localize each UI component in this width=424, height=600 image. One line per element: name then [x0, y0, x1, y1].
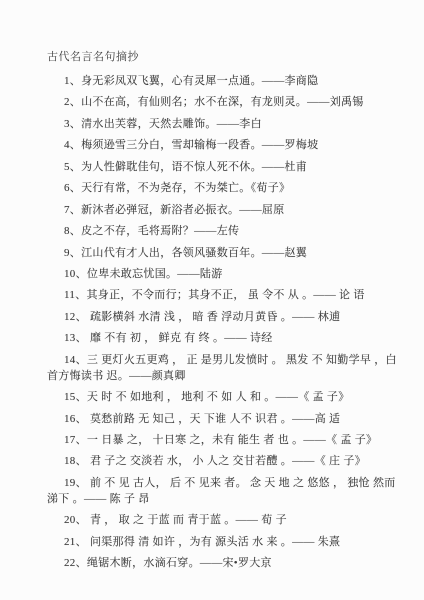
quote-item: 19、 前 不 见 古人， 后 不 见来 者。 念 天 地 之 悠悠 ， 独怆 … [47, 476, 397, 508]
quote-item: 18、 君 子之 交淡若 水， 小 人之 交甘若醴 。——《 庄 子》 [47, 454, 397, 470]
quote-item: 14、三 更灯火五更鸡 ， 正 是男儿发愤时 。 黑发 不 知勤学早 ，白 首方… [47, 353, 397, 385]
document-page: 古代名言名句摘抄 1、身无彩凤双飞翼，心有灵犀一点通。——李商隐2、山不在高，有… [0, 0, 424, 600]
quote-item: 3、清水出芙蓉，天然去雕饰。——李白 [47, 117, 397, 133]
quote-item: 20、 青 ， 取 之 于蓝 而 青于蓝 。—— 荀 子 [47, 513, 397, 529]
quote-item: 10、位卑未敢忘忧国。——陆游 [47, 267, 397, 283]
quote-item: 12、 疏影横斜 水清 浅 ， 暗 香 浮动月黄昏 。—— 林逋 [47, 310, 397, 326]
quote-item: 22、绳锯木断，水滴石穿。——宋•罗大京 [47, 556, 397, 572]
quote-item: 13、 靡 不有 初 ， 鲜克 有 终 。—— 诗经 [47, 331, 397, 347]
quote-item: 5、为人性僻耽佳句，语不惊人死不休。——杜甫 [47, 160, 397, 176]
quote-item: 17、一 日暴 之， 十日寒 之，未有 能生 者 也 。——《 孟 子》 [47, 433, 397, 449]
quote-item: 11、其身正，不令而行；其身不正， 虽 令不 从 。—— 论 语 [47, 288, 397, 304]
quote-item: 9、江山代有才人出，各领风骚数百年。——赵翼 [47, 246, 397, 262]
quote-item: 6、天行有常，不为尧存，不为桀亡。《荀子》 [47, 181, 397, 197]
quote-list: 1、身无彩凤双飞翼，心有灵犀一点通。——李商隐2、山不在高，有仙则名；水不在深，… [47, 74, 397, 572]
quote-item: 2、山不在高，有仙则名；水不在深，有龙则灵。——刘禹锡 [47, 95, 397, 111]
quote-item: 7、新沐者必弹冠，新浴者必振衣。——屈原 [47, 203, 397, 219]
quote-item: 1、身无彩凤双飞翼，心有灵犀一点通。——李商隐 [47, 74, 397, 90]
quote-item: 21、 问渠那得 清 如许 ，为有 源头活 水 来 。—— 朱熹 [47, 535, 397, 551]
page-title: 古代名言名句摘抄 [47, 48, 397, 64]
quote-item: 8、皮之不存，毛将焉附？——左传 [47, 224, 397, 240]
quote-item: 15、天 时 不 如地利 ， 地利 不 如 人 和 。——《 孟 子》 [47, 390, 397, 406]
quote-item: 16、 莫愁前路 无 知己 ，天 下谁 人不 识君 。——高 适 [47, 412, 397, 428]
quote-item: 4、梅须逊雪三分白，雪却输梅一段香。——罗梅坡 [47, 138, 397, 154]
